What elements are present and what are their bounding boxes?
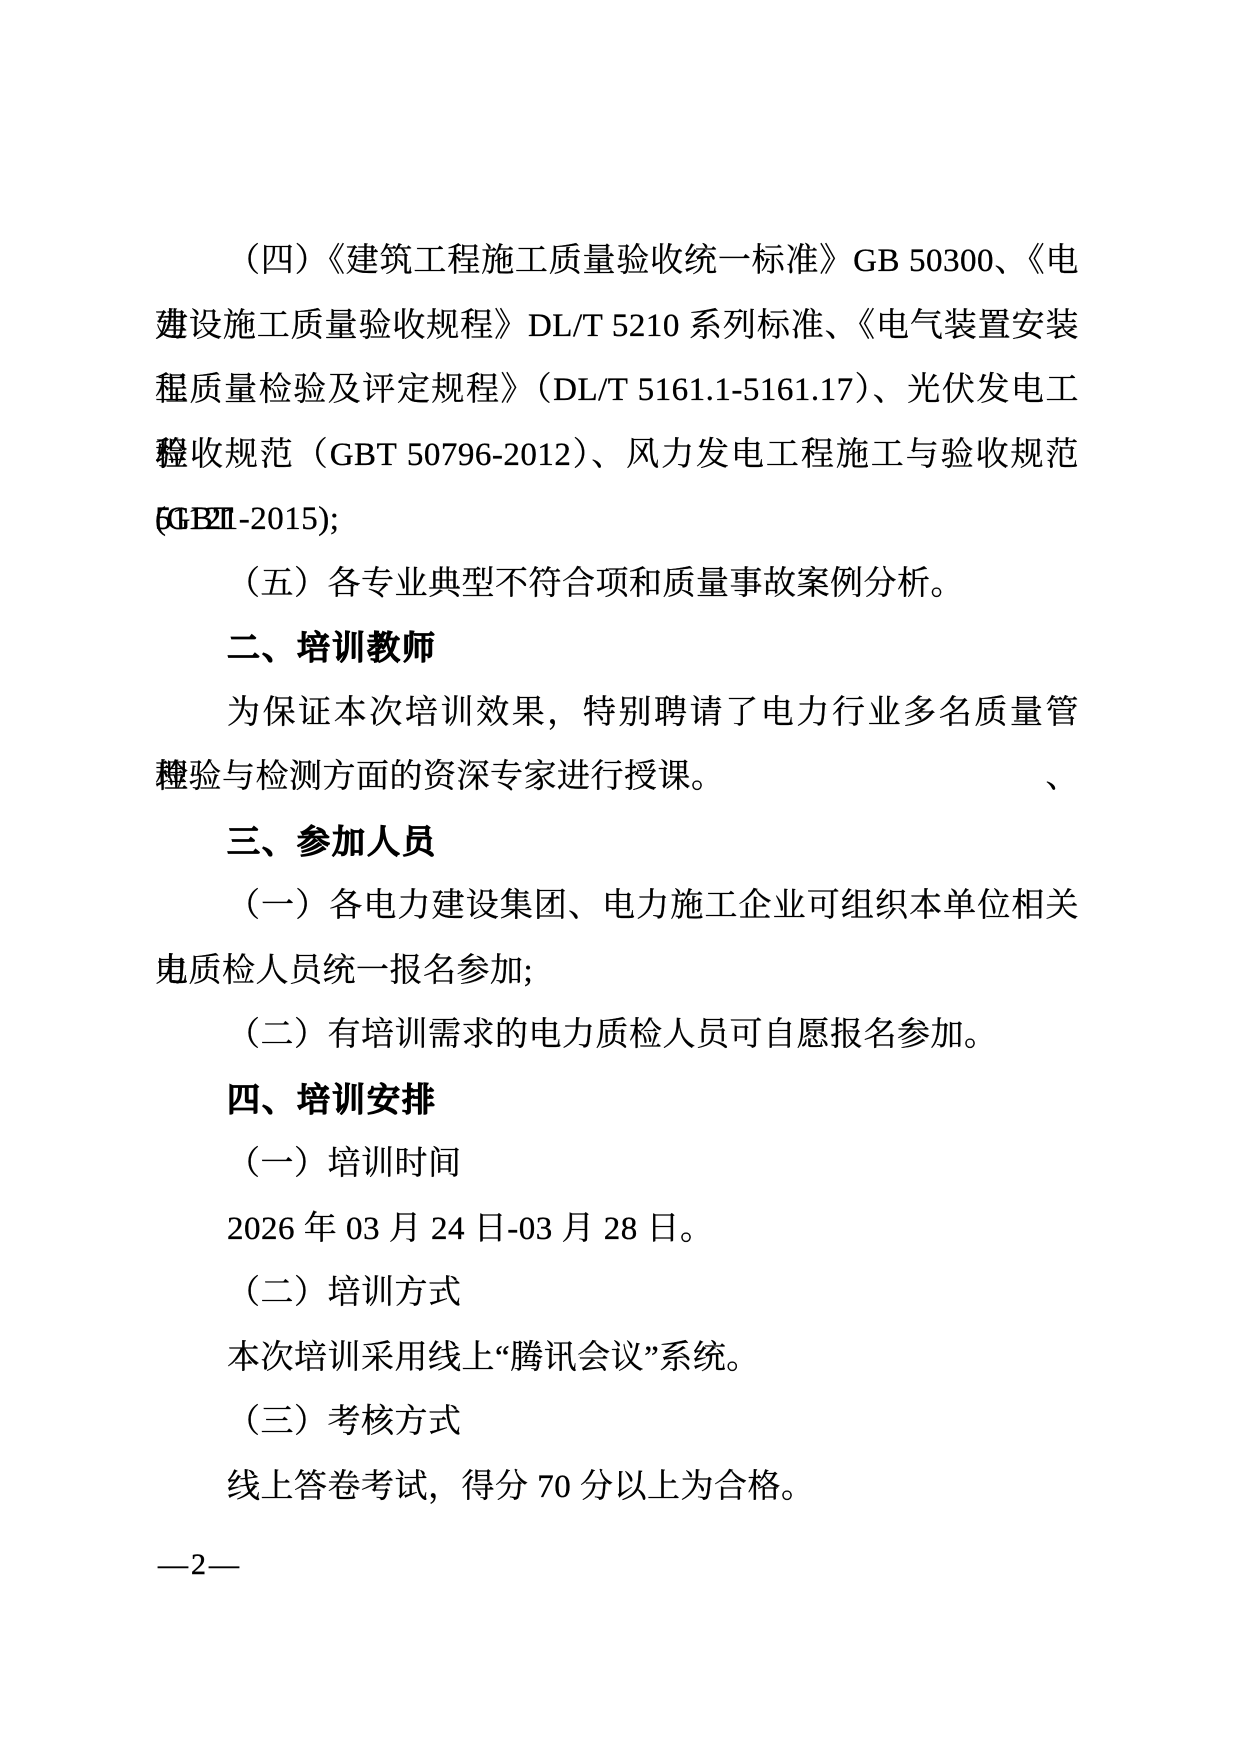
section-heading-participants: 三、参加人员 bbox=[155, 810, 1079, 875]
paragraph-line: 2026 年 03 月 24 日-03 月 28 日。 bbox=[155, 1197, 1079, 1262]
paragraph-line: 本次培训采用线上“腾讯会议”系统。 bbox=[155, 1326, 1079, 1391]
section-heading-teachers: 二、培训教师 bbox=[155, 616, 1079, 681]
page-number: —2— bbox=[158, 1547, 242, 1583]
paragraph-line: 力质检人员统一报名参加; bbox=[155, 939, 1079, 1004]
paragraph-line: 建设施工质量验收规程》DL/T 5210 系列标准、《电气装置安装工 bbox=[155, 294, 1079, 359]
paragraph-line: （四）《建筑工程施工质量验收统一标准》GB 50300、《电力 bbox=[155, 229, 1079, 294]
section-heading-arrangement: 四、培训安排 bbox=[155, 1068, 1079, 1133]
paragraph-line: （二）培训方式 bbox=[155, 1261, 1079, 1326]
document-page: （四）《建筑工程施工质量验收统一标准》GB 50300、《电力 建设施工质量验收… bbox=[0, 0, 1241, 1754]
paragraph-line: （三）考核方式 bbox=[155, 1390, 1079, 1455]
paragraph-line: 线上答卷考试，得分 70 分以上为合格。 bbox=[155, 1455, 1079, 1520]
paragraph-line: 程质量检验及评定规程》（DL/T 5161.1-5161.17）、光伏发电工程 bbox=[155, 358, 1079, 423]
paragraph-line: 验收规范（GBT 50796-2012）、风力发电工程施工与验收规范(GBT bbox=[155, 423, 1079, 488]
paragraph-line: （二）有培训需求的电力质检人员可自愿报名参加。 bbox=[155, 1003, 1079, 1068]
document-body: （四）《建筑工程施工质量验收统一标准》GB 50300、《电力 建设施工质量验收… bbox=[155, 229, 1079, 1519]
paragraph-line: （一）各电力建设集团、电力施工企业可组织本单位相关电 bbox=[155, 874, 1079, 939]
paragraph-line: 为保证本次培训效果，特别聘请了电力行业多名质量管理、 bbox=[155, 681, 1079, 746]
paragraph-line: （五）各专业典型不符合项和质量事故案例分析。 bbox=[155, 552, 1079, 617]
paragraph-line: 51121-2015); bbox=[155, 487, 1079, 552]
paragraph-line: （一）培训时间 bbox=[155, 1132, 1079, 1197]
